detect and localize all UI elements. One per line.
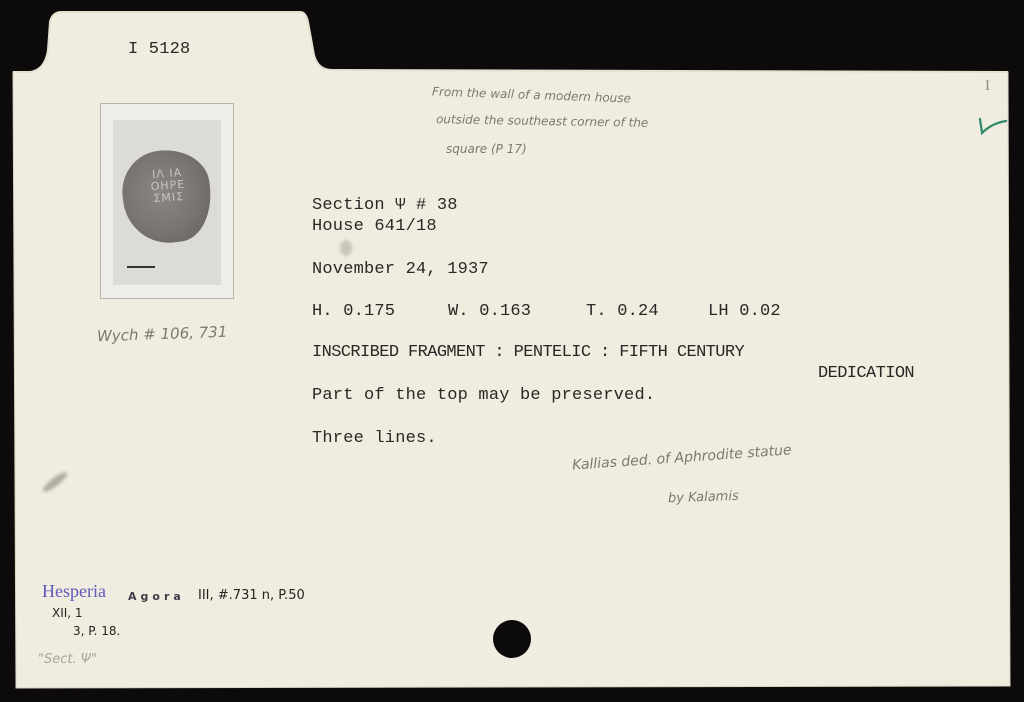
- description-line-2: DEDICATION: [818, 364, 914, 383]
- scale-bar: [127, 266, 155, 268]
- hesperia-stamp: Hesperia: [42, 581, 106, 602]
- catalog-number: I 5128: [128, 40, 190, 59]
- photo-print: ΙΛ ΙΑ ΟΗΡΕ ΣΜΙΣ: [113, 120, 221, 285]
- hesperia-page: 3, P. 18.: [73, 624, 120, 638]
- smudge-mark: [340, 240, 352, 256]
- fragment-inscription: ΙΛ ΙΑ ΟΗΡΕ ΣΜΙΣ: [132, 166, 204, 207]
- bottom-note-line-2: by Kalamis: [668, 489, 739, 506]
- dimension-height: H. 0.175: [312, 302, 395, 321]
- fragment-photo: ΙΛ ΙΑ ΟΗΡΕ ΣΜΙΣ: [100, 103, 234, 299]
- section-line: Section Ψ # 38: [312, 196, 458, 215]
- section-note: "Sect. Ψ": [38, 652, 97, 667]
- punch-hole: [493, 620, 531, 658]
- note-lines: Three lines.: [312, 429, 437, 448]
- hesperia-volume: XII, 1: [52, 606, 83, 620]
- agora-stamp: Agora: [128, 590, 185, 603]
- agora-reference: III, #.731 n, P.50: [198, 588, 305, 603]
- checkmark-icon: [978, 117, 1008, 137]
- dimension-thickness: T. 0.24: [586, 302, 659, 321]
- house-line: House 641/18: [312, 217, 437, 236]
- description-line-1: INSCRIBED FRAGMENT : PENTELIC : FIFTH CE…: [312, 343, 744, 362]
- date-line: November 24, 1937: [312, 260, 489, 279]
- top-note-line-3: square (P 17): [446, 142, 527, 156]
- note-preserved: Part of the top may be preserved.: [312, 386, 655, 405]
- dimension-letter-height: LH 0.02: [708, 302, 781, 321]
- dimension-width: W. 0.163: [448, 302, 531, 321]
- corner-mark: I: [985, 78, 990, 95]
